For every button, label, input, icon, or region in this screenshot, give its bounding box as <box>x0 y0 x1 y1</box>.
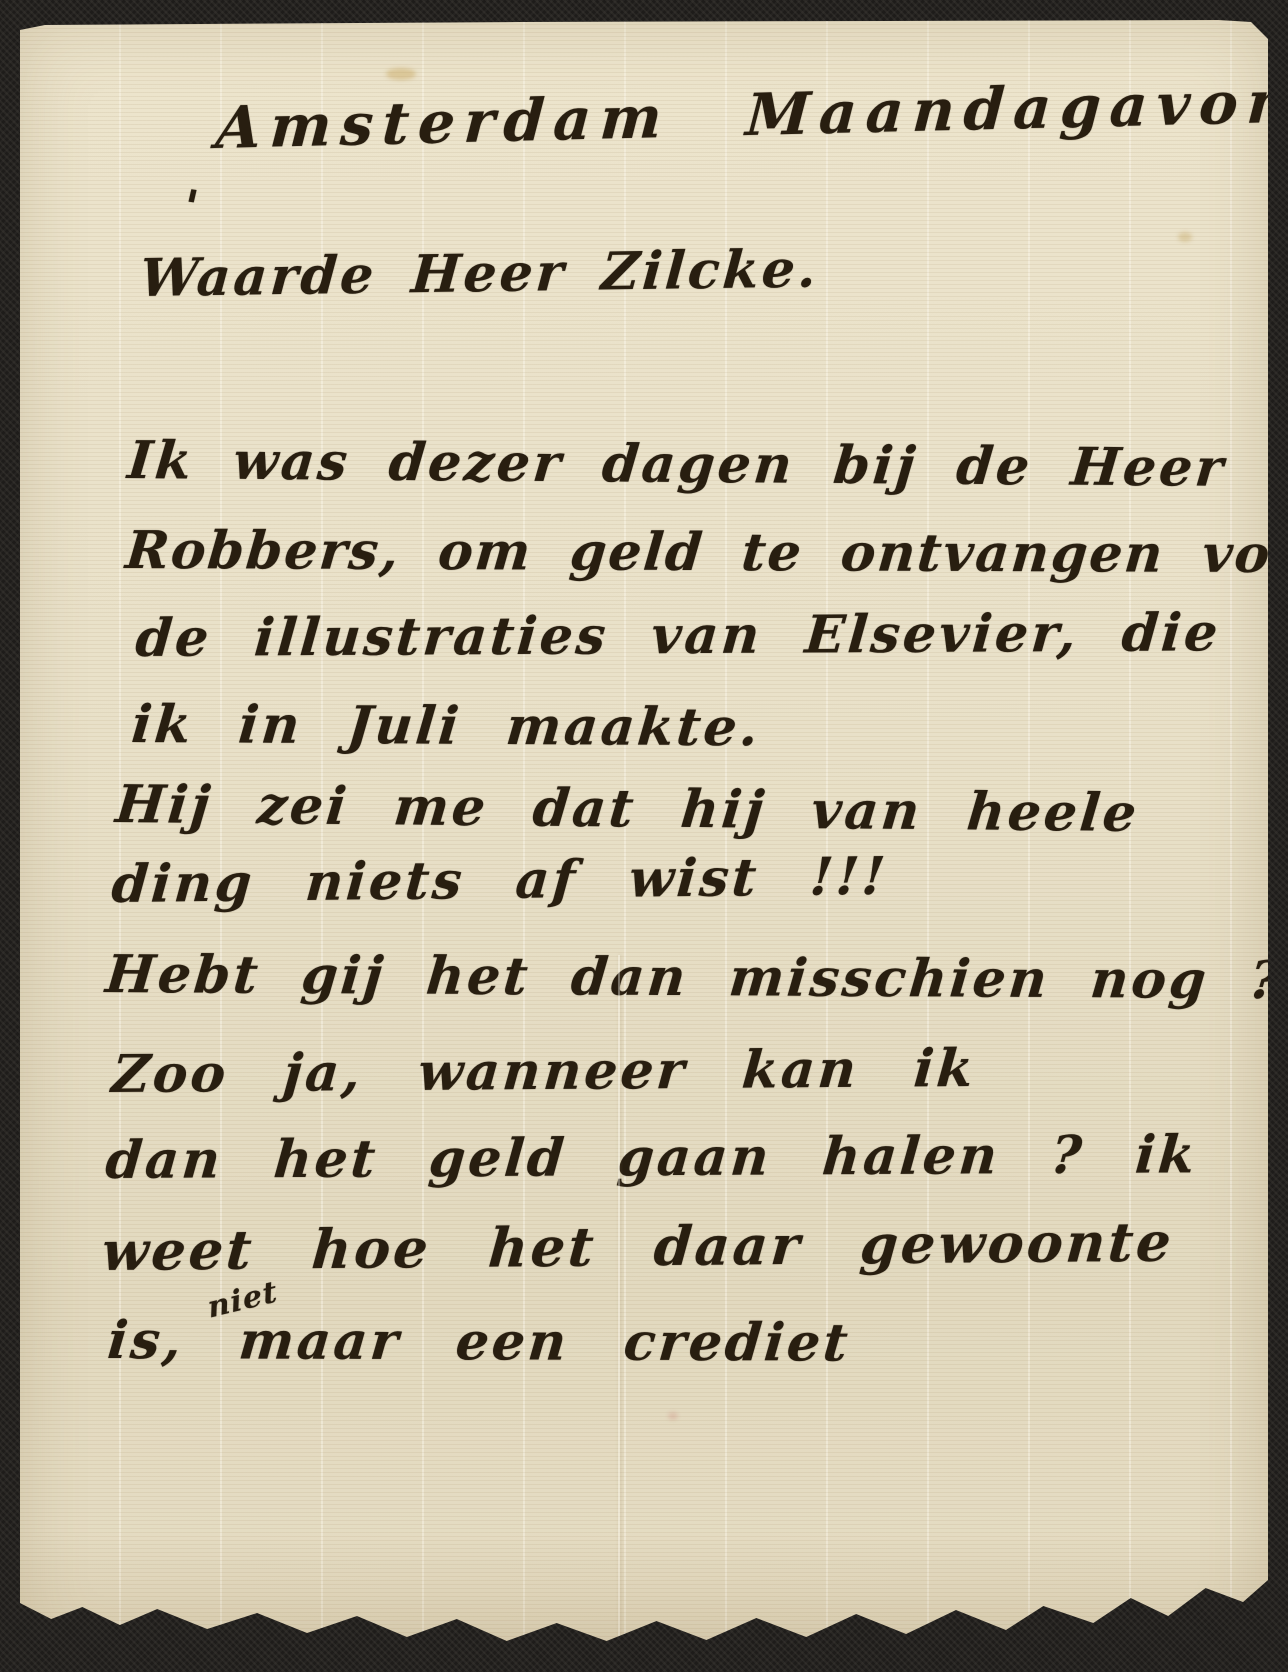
paper-stain <box>386 68 416 80</box>
letter-line: is, maar een crediet <box>105 1308 853 1376</box>
letter-salutation: Waarde Heer Zilcke. <box>138 237 822 311</box>
letter-paper: Amsterdam Maandagavond ' Waarde Heer Zil… <box>20 20 1268 1665</box>
letter-line: Hebt gij het dan misschien nog ? <box>103 942 1286 1013</box>
letter-line: weet hoe het daar gewoonte <box>99 1209 1176 1286</box>
paper-bottom-shading <box>20 1530 1268 1650</box>
letter-line: ding niets af wist !!! <box>109 844 890 917</box>
letter-line: Zoo ja, wanneer kan ik <box>109 1036 978 1107</box>
letter-line: Robbers, om geld te ontvangen voor <box>123 518 1288 587</box>
letter-line: ik in Juli maakte. <box>129 692 764 760</box>
letter-line: Hij zei me dat hij van heele <box>113 772 1142 846</box>
scan-background: Amsterdam Maandagavond ' Waarde Heer Zil… <box>0 0 1288 1672</box>
letter-line: de illustraties van Elsevier, die <box>133 600 1223 671</box>
paper-stain <box>668 1412 678 1420</box>
letter-line: Ik was dezer dagen bij de Heer <box>125 428 1229 501</box>
stray-ink-mark: ' <box>177 178 207 237</box>
letter-line: dan het geld gaan halen ? ik <box>103 1122 1200 1193</box>
paper-stain <box>1178 232 1192 242</box>
letter-heading: Amsterdam Maandagavond <box>214 64 1288 164</box>
